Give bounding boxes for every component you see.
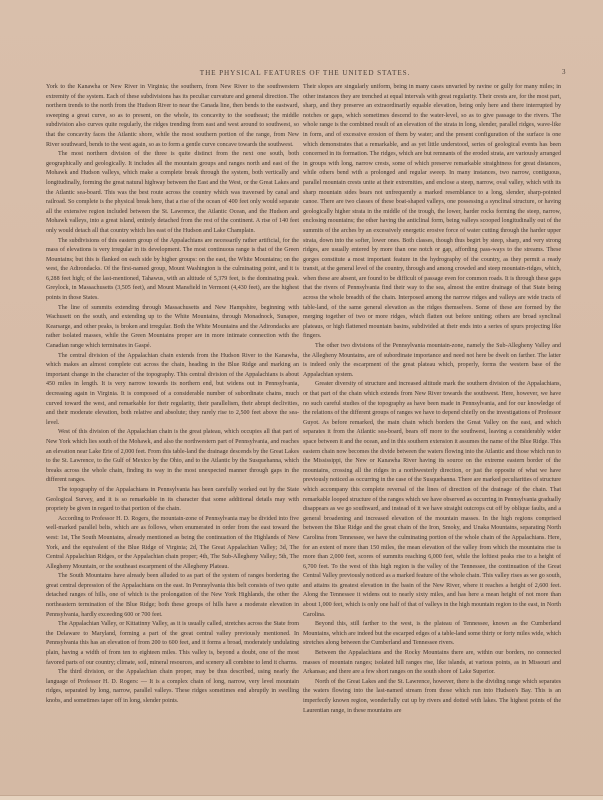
paragraph: Greater diversity of structure and incre… (303, 380, 561, 620)
paragraph: The most northern division of the three … (46, 150, 299, 236)
page-number: 3 (562, 68, 566, 76)
paragraph: The third division, or the Appalachian c… (46, 668, 299, 706)
paragraph: Their slopes are singularly uniform, bei… (303, 83, 561, 342)
page-bottom-edge (0, 795, 603, 800)
paragraph: The South Mountains have already been al… (46, 572, 299, 620)
paragraph: York to the Kanawha or New River in Virg… (46, 83, 299, 150)
paragraph: West of this division of the Appalachian… (46, 428, 299, 486)
paragraph: The Appalachian Valley, or Kittatinny Va… (46, 620, 299, 668)
right-text-column: Their slopes are singularly uniform, bei… (303, 83, 561, 716)
running-head: THE PHYSICAL FEATURES OF THE UNITED STAT… (40, 69, 570, 77)
document-page: THE PHYSICAL FEATURES OF THE UNITED STAT… (0, 0, 603, 795)
paragraph: The central division of the Appalachian … (46, 352, 299, 429)
paragraph: The other two divisions of the Pennsylva… (303, 342, 561, 380)
paragraph: The subdivisions of this eastern group o… (46, 237, 299, 304)
paragraph: Between the Appalachians and the Rocky M… (303, 649, 561, 678)
paragraph: The topography of the Appalachians in Pe… (46, 486, 299, 515)
paragraph: According to Professor H. D. Rogers, the… (46, 515, 299, 573)
paragraph: The line of summits extending through Ma… (46, 304, 299, 352)
paragraph: Beyond this, still farther to the west, … (303, 620, 561, 649)
paragraph: North of the Great Lakes and the St. Law… (303, 678, 561, 716)
left-text-column: York to the Kanawha or New River in Virg… (46, 83, 299, 707)
